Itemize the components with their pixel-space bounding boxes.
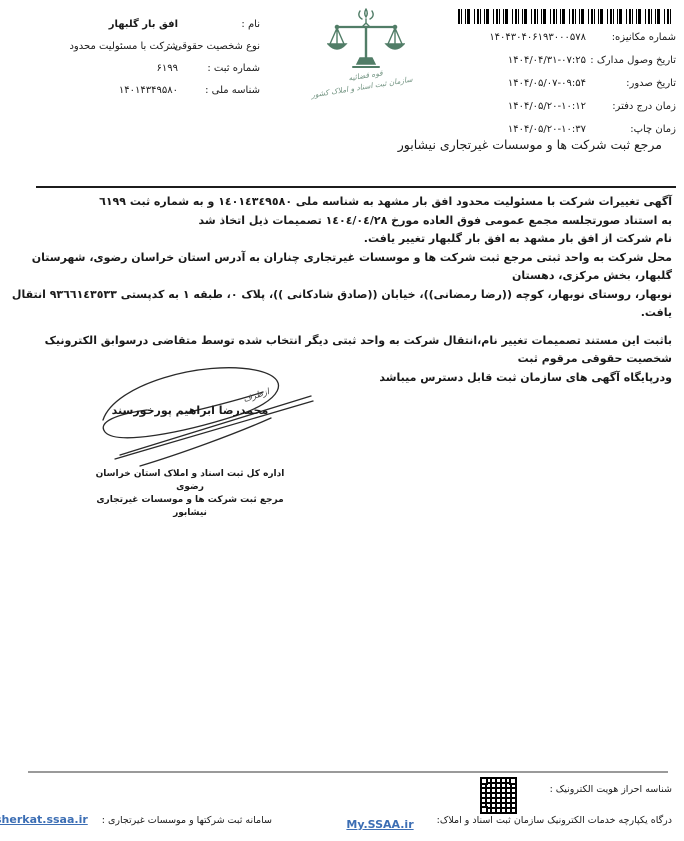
- document-meta-labels: شماره مکانیزه: تاریخ وصول مدارک : تاریخ …: [590, 26, 676, 141]
- my-ssaa-link[interactable]: My.SSAA.ir: [346, 818, 413, 831]
- header-divider: [36, 186, 676, 188]
- ledger-entry-time-label: زمان درج دفتر:: [590, 95, 676, 118]
- issue-date-label: تاریخ صدور:: [590, 72, 676, 95]
- legal-type-label: نوع شخصیت حقوقی :: [185, 36, 260, 58]
- issue-date-value: ۱۴۰۴/۰۵/۰۷-۰۹:۵۴: [462, 72, 586, 95]
- notice-line: نام شرکت از افق بار مشهد به افق بار گلبه…: [10, 230, 672, 249]
- qr-finder-icon: [509, 777, 517, 785]
- notice-line: به استناد صورتجلسه مجمع عمومی فوق العاده…: [10, 212, 672, 231]
- footer-divider: [28, 771, 668, 773]
- national-id-label: شناسه ملی :: [185, 80, 260, 102]
- registry-office-title: مرجع ثبت شرکت ها و موسسات غیرتجاری نیشاب…: [398, 137, 662, 152]
- registration-number-value: ۶۱۹۹: [8, 58, 178, 80]
- company-info-values: افق بار گلبهار شرکت با مسئولیت محدود ۶۱۹…: [8, 14, 178, 102]
- mechanized-number-value: ۱۴۰۴۳۰۴۰۶۱۹۳۰۰۰۵۷۸: [462, 26, 586, 49]
- gazette-document: نام : نوع شخصیت حقوقی : شماره ثبت : شناس…: [0, 0, 684, 841]
- legal-type-value: شرکت با مسئولیت محدود: [8, 36, 178, 58]
- signing-office: اداره کل ثبت اسناد و املاک استان خراسان …: [85, 468, 295, 520]
- portal-label: درگاه یکپارچه خدمات الکترونیک سازمان ثبت…: [437, 815, 672, 826]
- national-id-value: ۱۴۰۱۴۳۴۹۵۸۰: [8, 80, 178, 102]
- registration-number-label: شماره ثبت :: [185, 58, 260, 80]
- company-info-labels: نام : نوع شخصیت حقوقی : شماره ثبت : شناس…: [185, 14, 260, 102]
- judiciary-scales-logo-icon: قوه قضائیه سازمان ثبت اسناد و املاک کشور: [318, 8, 413, 118]
- signing-office-line1: اداره کل ثبت اسناد و املاک استان خراسان …: [85, 468, 295, 494]
- name-label: نام :: [185, 14, 260, 36]
- barcode-icon: [458, 9, 674, 24]
- qr-finder-icon: [480, 806, 488, 814]
- documents-received-date-value: ۱۴۰۴/۰۴/۳۱-۰۷:۲۵: [462, 49, 586, 72]
- eid-verification-label: شناسه احراز هویت الکترونیک :: [550, 784, 672, 795]
- document-meta-values: ۱۴۰۴۳۰۴۰۶۱۹۳۰۰۰۵۷۸ ۱۴۰۴/۰۴/۳۱-۰۷:۲۵ ۱۴۰۴…: [462, 26, 586, 141]
- irsherkat-link[interactable]: irsherkat.ssaa.ir: [0, 813, 88, 826]
- signatory-name: محمدرضا ابراهیم پورخورسند: [100, 404, 280, 417]
- notice-line: نوبهار، روستای نوبهار، کوچه ((رضا رمضانی…: [10, 286, 672, 323]
- mechanized-number-label: شماره مکانیزه:: [590, 26, 676, 49]
- qr-code-icon: [480, 777, 517, 814]
- company-name-value: افق بار گلبهار: [8, 14, 178, 36]
- qr-finder-icon: [480, 777, 488, 785]
- company-registry-footer: سامانه ثبت شرکتها و موسسات غیرتجاری : ir…: [22, 813, 272, 826]
- notice-line: آگهی تغییرات شرکت با مسئولیت محدود افق ب…: [10, 193, 672, 212]
- ledger-entry-time-value: ۱۴۰۴/۰۵/۲۰-۱۰:۱۲: [462, 95, 586, 118]
- scales-of-justice-icon: [327, 8, 405, 70]
- notice-line: محل شرکت به واحد ثبتی مرجع ثبت شرکت ها و…: [10, 249, 672, 286]
- sherkat-system-label: سامانه ثبت شرکتها و موسسات غیرتجاری :: [102, 813, 272, 826]
- signing-office-line2: مرجع ثبت شرکت ها و موسسات غیرتجاری نیشاب…: [85, 494, 295, 520]
- documents-received-date-label: تاریخ وصول مدارک :: [590, 49, 676, 72]
